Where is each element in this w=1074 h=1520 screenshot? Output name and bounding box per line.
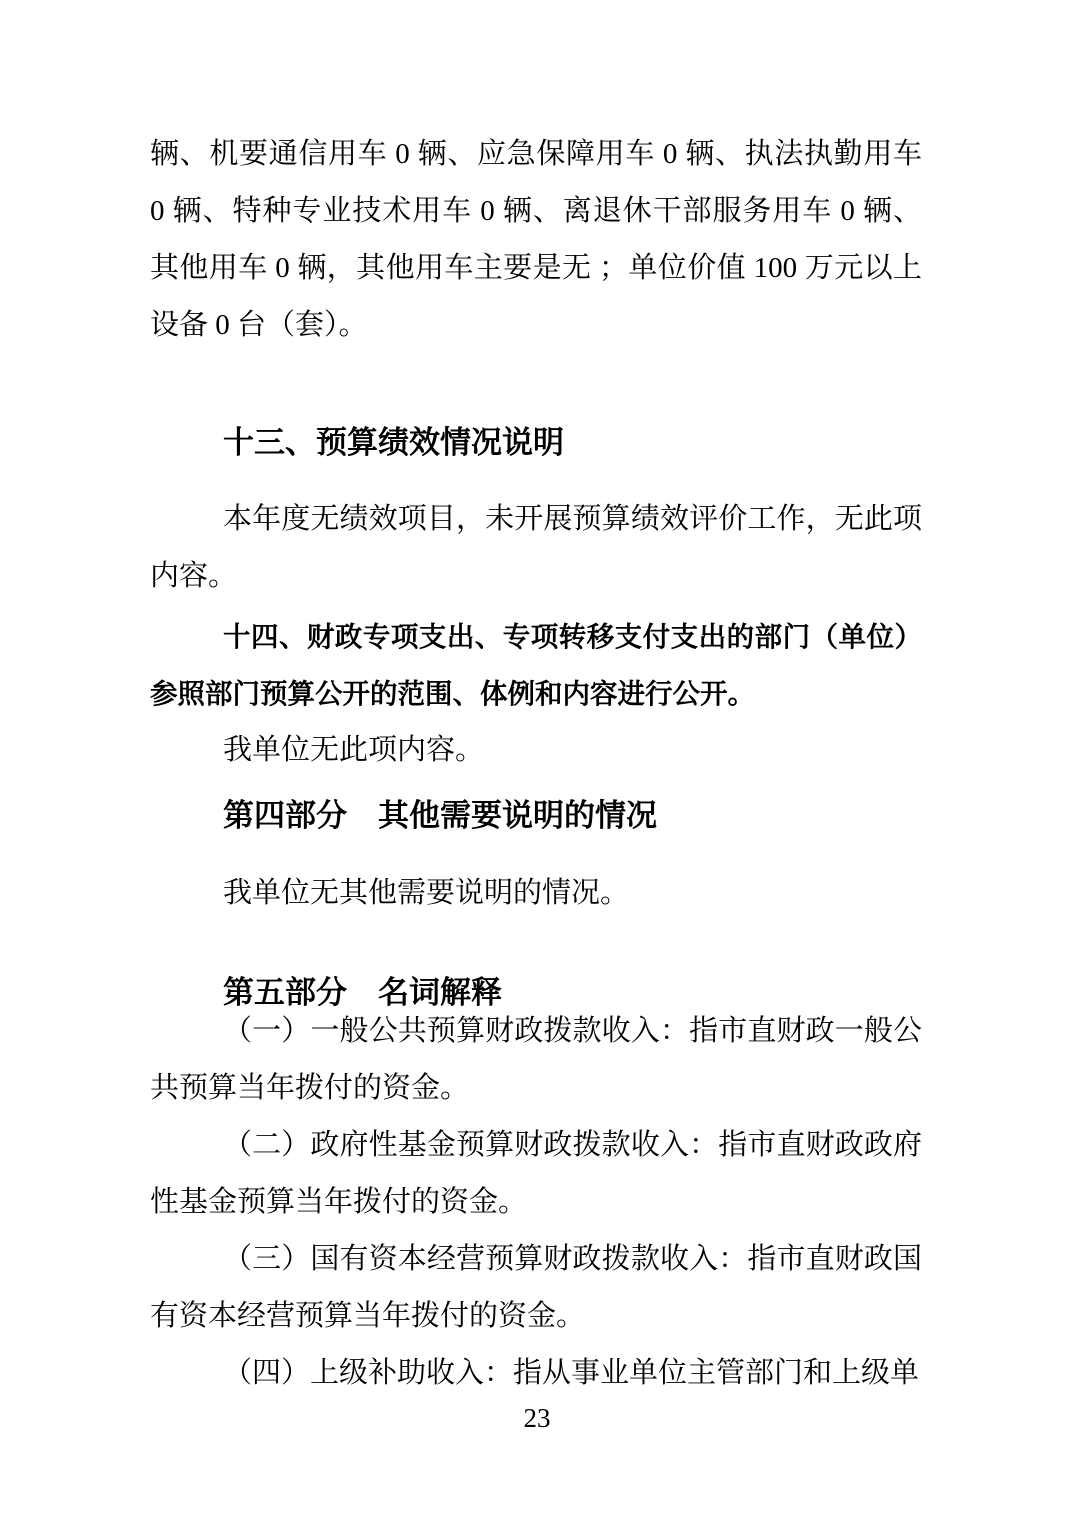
document-page: 辆、机要通信用车 0 辆、应急保障用车 0 辆、执法执勤用车 0 辆、特种专业技… <box>0 0 1074 1520</box>
paragraph-section-13-note: 本年度无绩效项目，未开展预算绩效评价工作，无此项内容。 <box>150 491 922 605</box>
definition-item: （四）上级补助收入：指从事业单位主管部门和上级单 <box>150 1345 922 1402</box>
heading-section-14: 十四、财政专项支出、专项转移支付支出的部门（单位）参照部门预算公开的范围、体例和… <box>150 608 922 722</box>
paragraph-section-14-note: 我单位无此项内容。 <box>150 722 922 779</box>
definition-item: （二）政府性基金预算财政拨款收入：指市直财政政府性基金预算当年拨付的资金。 <box>150 1117 922 1231</box>
definition-item: （一）一般公共预算财政拨款收入：指市直财政一般公共预算当年拨付的资金。 <box>150 1003 922 1117</box>
page-number: 23 <box>0 1398 1074 1438</box>
definition-item: （三）国有资本经营预算财政拨款收入：指市直财政国有资本经营预算当年拨付的资金。 <box>150 1231 922 1345</box>
heading-part-4: 第四部分 其他需要说明的情况 <box>150 794 922 838</box>
heading-section-13: 十三、预算绩效情况说明 <box>150 421 922 465</box>
paragraph-vehicles-continued: 辆、机要通信用车 0 辆、应急保障用车 0 辆、执法执勤用车 0 辆、特种专业技… <box>150 126 922 354</box>
paragraph-part-4-note: 我单位无其他需要说明的情况。 <box>150 865 922 922</box>
